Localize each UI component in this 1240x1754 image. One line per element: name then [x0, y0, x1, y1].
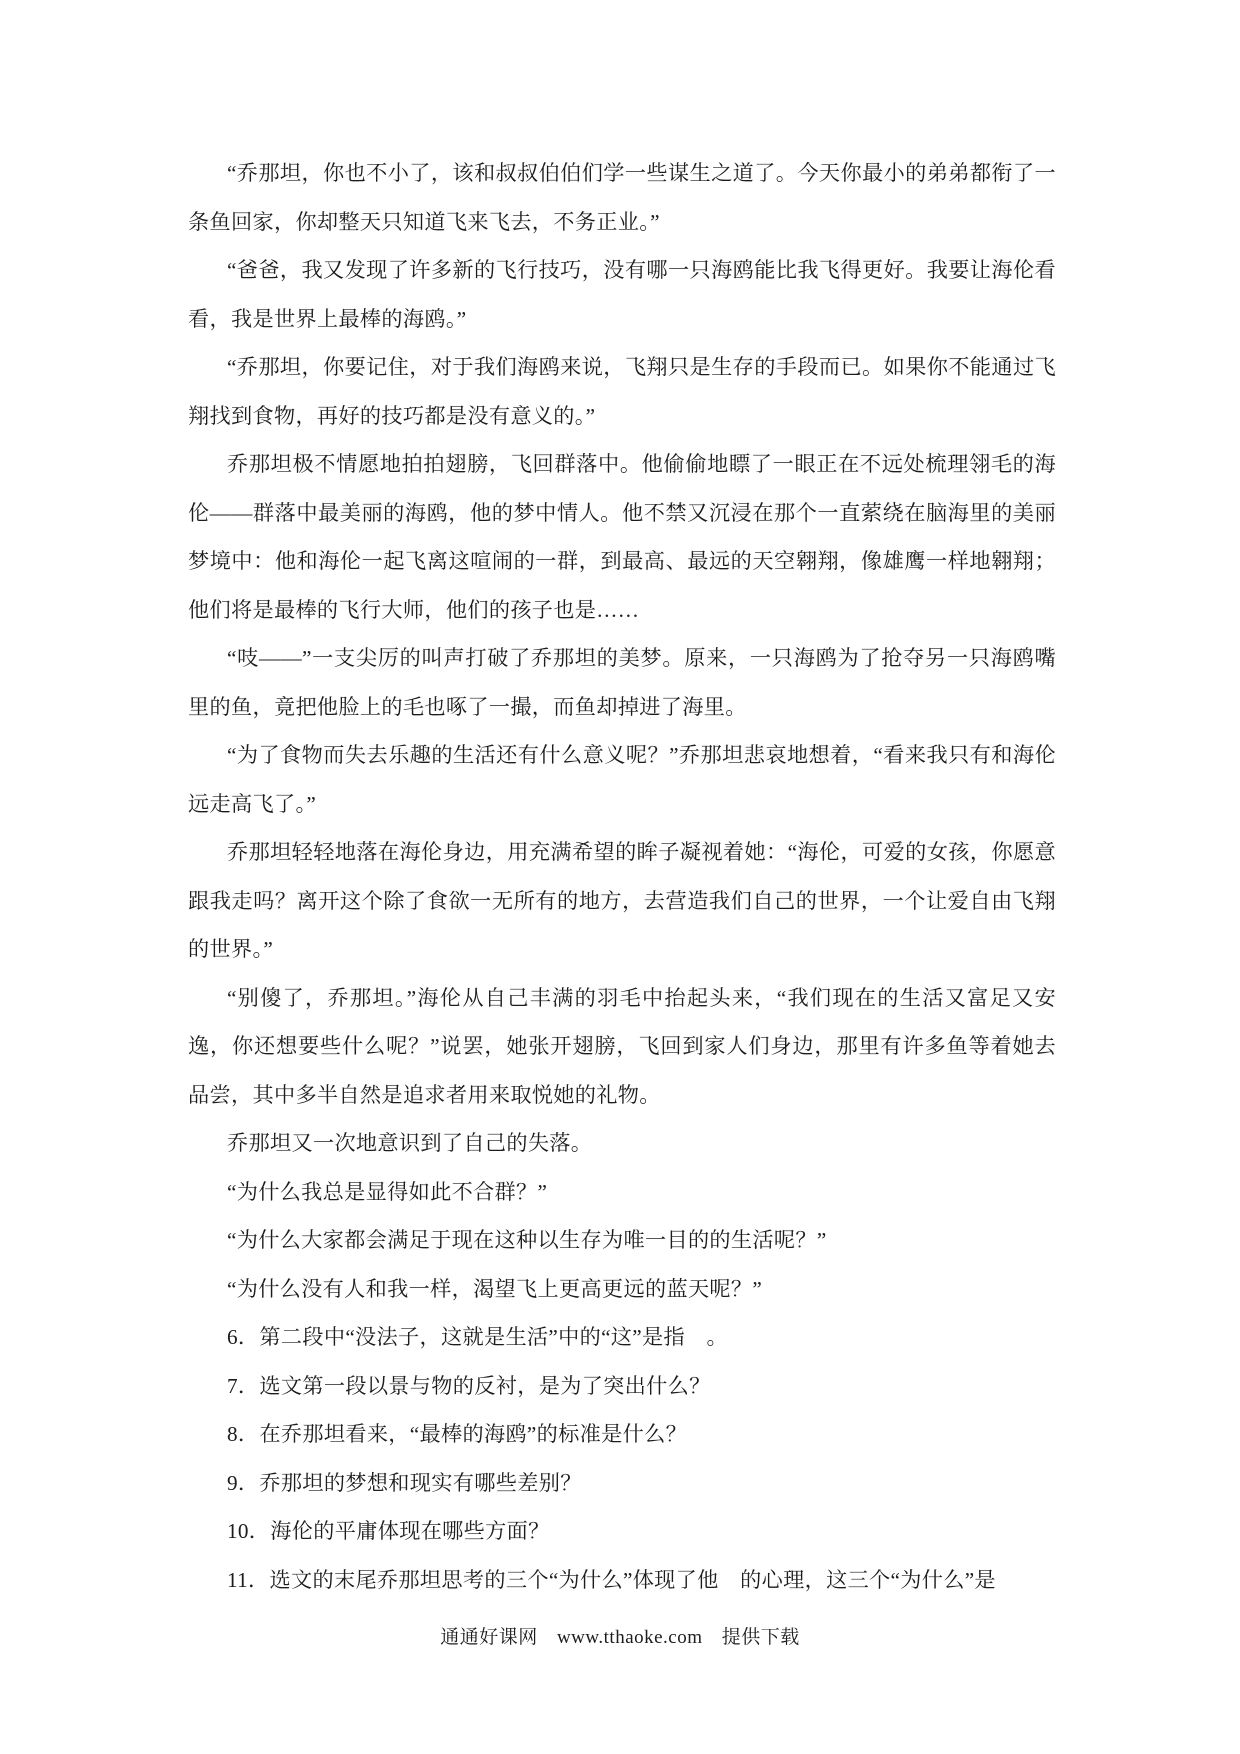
page-footer: 通通好课网 www.tthaoke.com 提供下载: [0, 1624, 1240, 1652]
passage-paragraph: 乔那坦轻轻地落在海伦身边，用充满希望的眸子凝视着她：“海伦，可爱的女孩，你愿意跟…: [188, 828, 1056, 974]
passage-paragraph: “为什么我总是显得如此不合群？”: [188, 1168, 1056, 1217]
question-item: 10．海伦的平庸体现在哪些方面？: [188, 1507, 1056, 1556]
passage-paragraph: “为什么大家都会满足于现在这种以生存为唯一目的的生活呢？”: [188, 1216, 1056, 1265]
passage-paragraph: “为什么没有人和我一样，渴望飞上更高更远的蓝天呢？”: [188, 1265, 1056, 1314]
question-item: 8．在乔那坦看来，“最棒的海鸥”的标准是什么？: [188, 1410, 1056, 1459]
question-item: 6．第二段中“没法子，这就是生活”中的“这”是指 。: [188, 1313, 1056, 1362]
question-item: 9．乔那坦的梦想和现实有哪些差别？: [188, 1459, 1056, 1508]
passage-paragraph: “吱——”一支尖厉的叫声打破了乔那坦的美梦。原来，一只海鸥为了抢夺另一只海鸥嘴里…: [188, 634, 1056, 731]
footer-download-text: 提供下载: [722, 1627, 800, 1648]
passage-paragraph: “乔那坦，你也不小了，该和叔叔伯伯们学一些谋生之道了。今天你最小的弟弟都衔了一条…: [188, 149, 1056, 246]
passage-paragraph: “爸爸，我又发现了许多新的飞行技巧，没有哪一只海鸥能比我飞得更好。我要让海伦看看…: [188, 246, 1056, 343]
question-item: 7．选文第一段以景与物的反衬，是为了突出什么？: [188, 1362, 1056, 1411]
document-page: “乔那坦，你也不小了，该和叔叔伯伯们学一些谋生之道了。今天你最小的弟弟都衔了一条…: [0, 0, 1240, 1754]
reading-passage: “乔那坦，你也不小了，该和叔叔伯伯们学一些谋生之道了。今天你最小的弟弟都衔了一条…: [188, 149, 1056, 1604]
passage-paragraph: 乔那坦极不情愿地拍拍翅膀，飞回群落中。他偷偷地瞟了一眼正在不远处梳理翎毛的海伦—…: [188, 440, 1056, 634]
passage-paragraph: “别傻了，乔那坦。”海伦从自己丰满的羽毛中抬起头来，“我们现在的生活又富足又安逸…: [188, 974, 1056, 1120]
passage-paragraph: 乔那坦又一次地意识到了自己的失落。: [188, 1119, 1056, 1168]
footer-site-name: 通通好课网: [440, 1627, 538, 1648]
passage-paragraph: “为了食物而失去乐趣的生活还有什么意义呢？”乔那坦悲哀地想着，“看来我只有和海伦…: [188, 731, 1056, 828]
question-item: 11．选文的末尾乔那坦思考的三个“为什么”体现了他 的心理，这三个“为什么”是: [188, 1556, 1056, 1605]
passage-paragraph: “乔那坦，你要记住，对于我们海鸥来说，飞翔只是生存的手段而已。如果你不能通过飞翔…: [188, 343, 1056, 440]
footer-url: www.tthaoke.com: [557, 1627, 703, 1648]
